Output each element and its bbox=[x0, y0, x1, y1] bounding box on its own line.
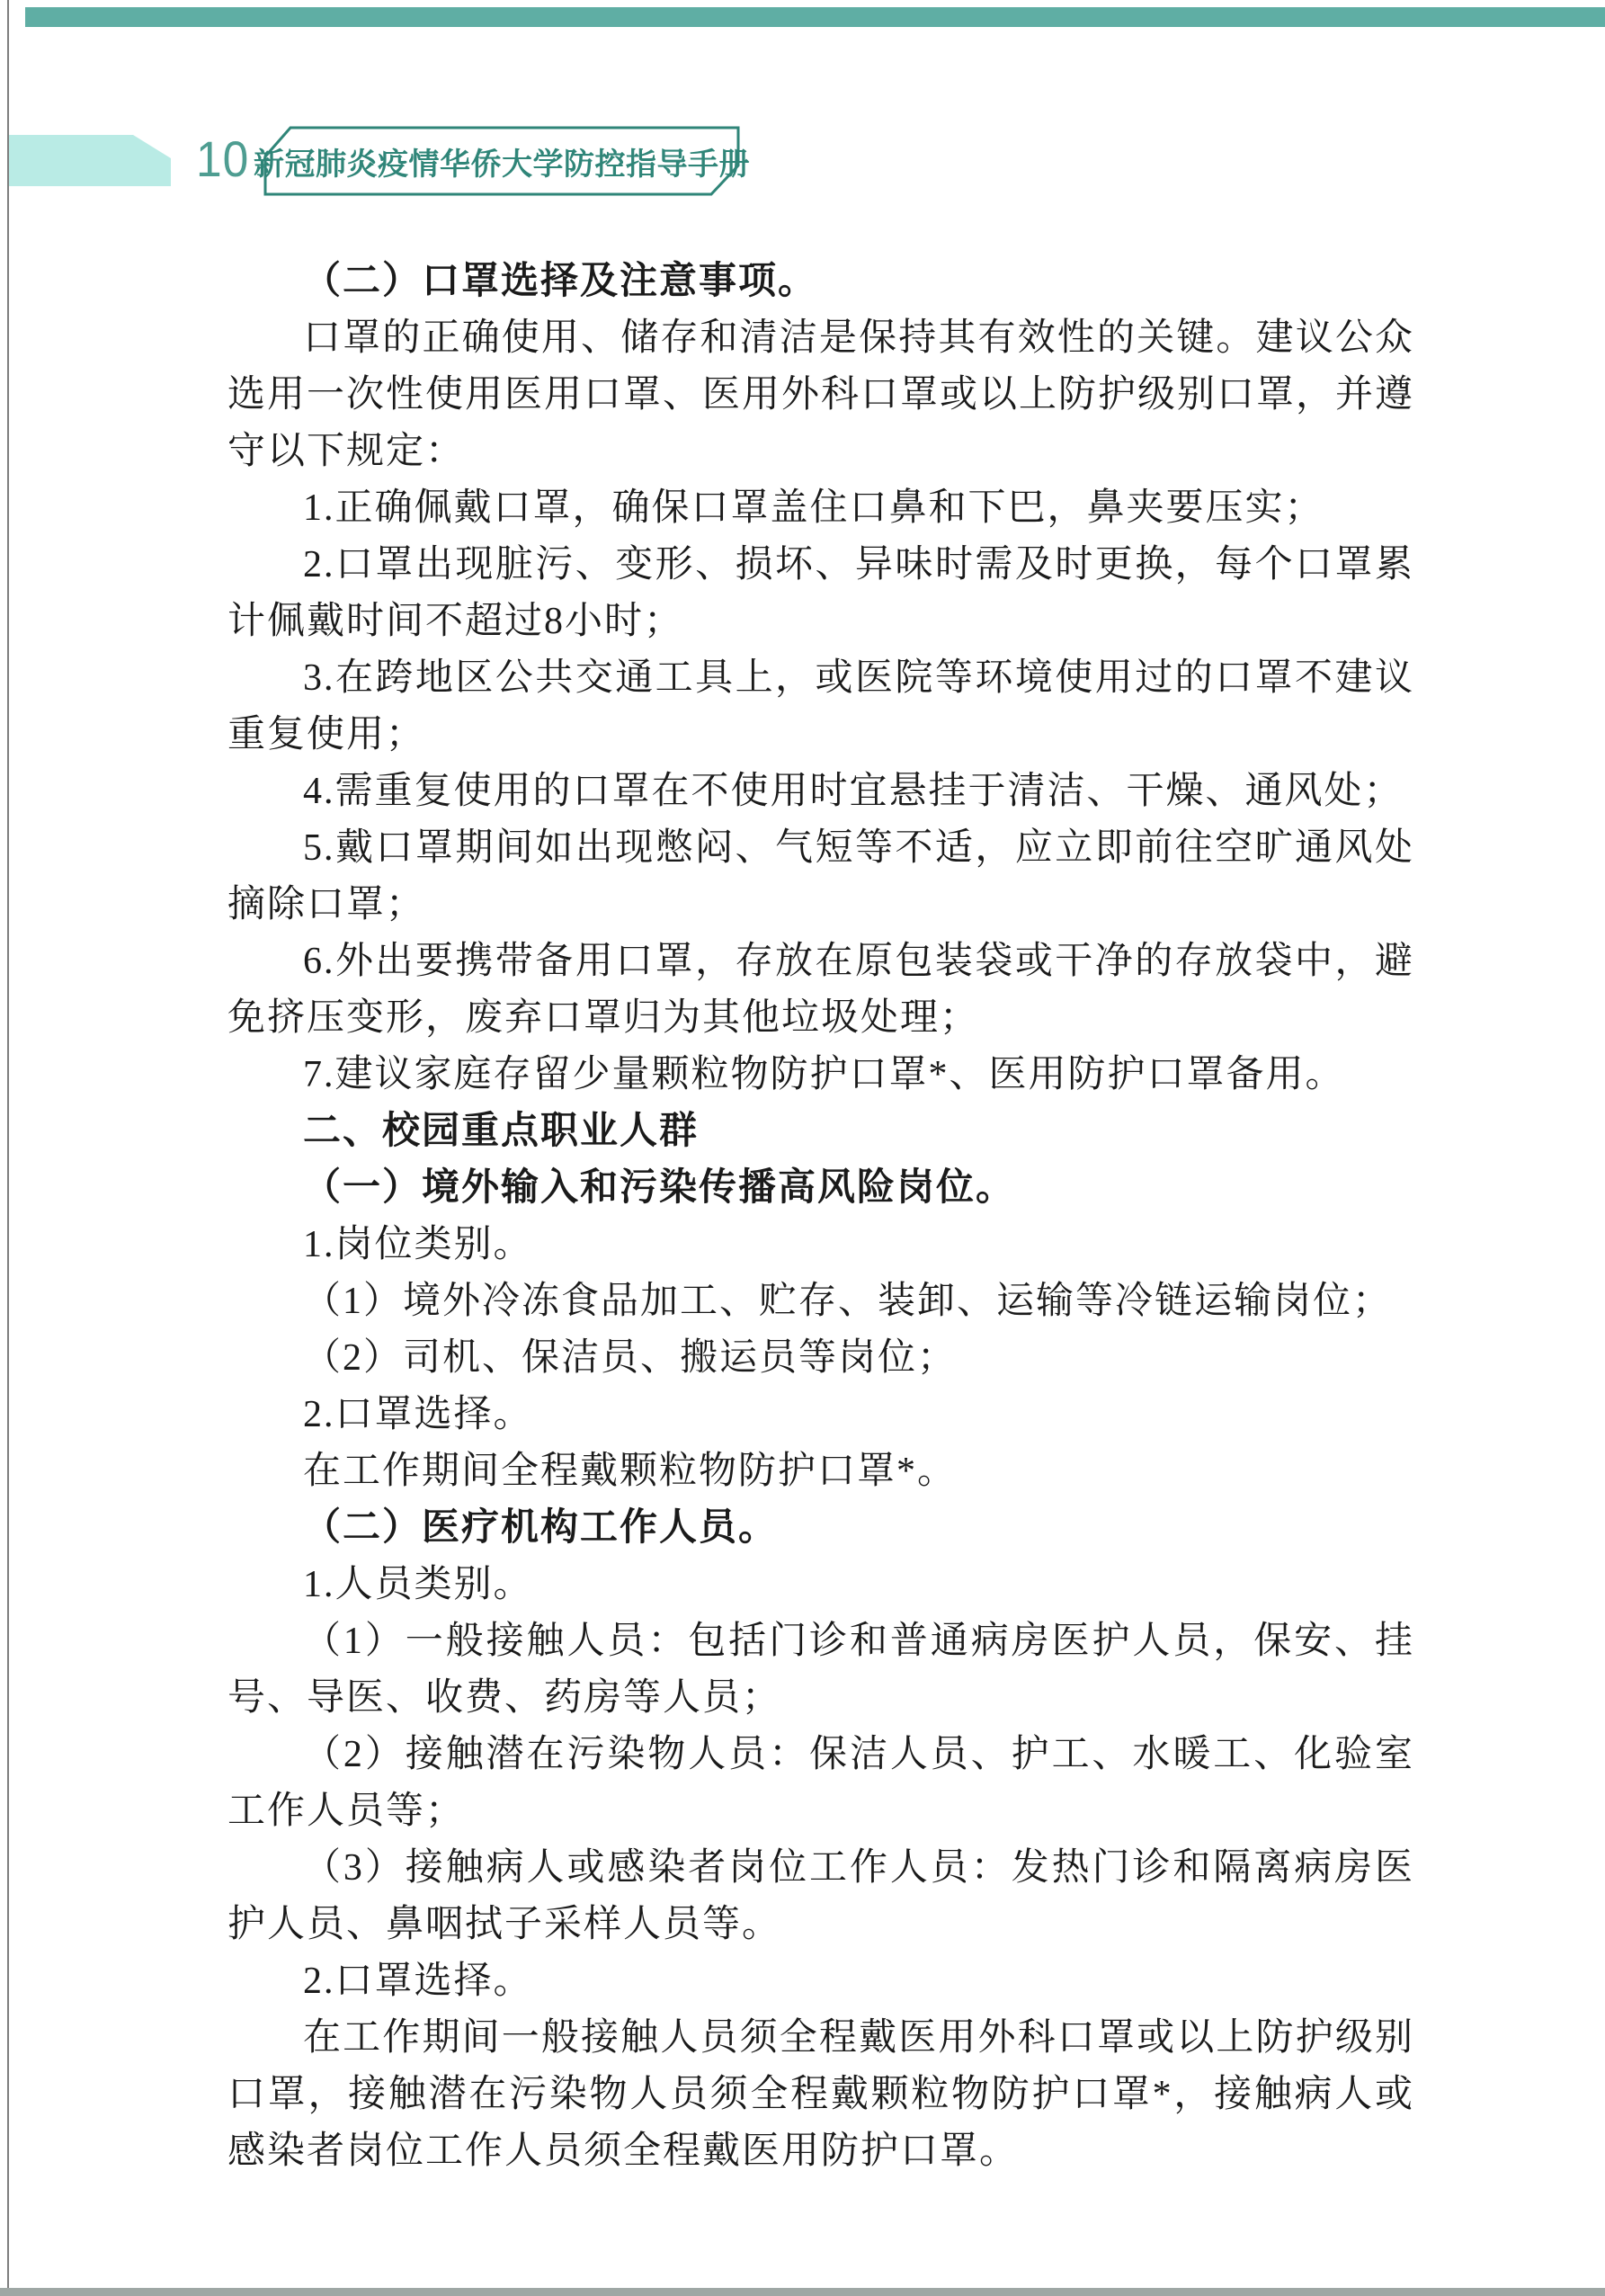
header-badge: 新冠肺炎疫情华侨大学防控指导手册 bbox=[263, 126, 740, 196]
header-badge-title: 新冠肺炎疫情华侨大学防控指导手册 bbox=[263, 126, 740, 196]
section-heading: （二）医疗机构工作人员。 bbox=[227, 1500, 1414, 1557]
bottom-accent-bar bbox=[0, 2288, 1605, 2296]
page-left-border bbox=[7, 0, 9, 2296]
page-number: 10 bbox=[196, 130, 245, 189]
paragraph: 2.口罩出现脏污、变形、损坏、异味时需及时更换，每个口罩累计佩戴时间不超过8小时… bbox=[227, 537, 1414, 650]
paragraph: 1.正确佩戴口罩，确保口罩盖住口鼻和下巴，鼻夹要压实； bbox=[227, 480, 1414, 537]
paragraph: （1）一般接触人员：包括门诊和普通病房医护人员，保安、挂号、导医、收费、药房等人… bbox=[227, 1613, 1414, 1727]
paragraph: 在工作期间一般接触人员须全程戴医用外科口罩或以上防护级别口罩，接触潜在污染物人员… bbox=[227, 2010, 1414, 2180]
paragraph: （1）境外冷冻食品加工、贮存、装卸、运输等冷链运输岗位； bbox=[227, 1273, 1414, 1330]
document-page: 10 新冠肺炎疫情华侨大学防控指导手册 （二）口罩选择及注意事项。口罩的正确使用… bbox=[0, 0, 1605, 2296]
paragraph: 在工作期间全程戴颗粒物防护口罩*。 bbox=[227, 1443, 1414, 1500]
header-highlight-block bbox=[9, 135, 171, 186]
document-body: （二）口罩选择及注意事项。口罩的正确使用、储存和清洁是保持其有效性的关键。建议公… bbox=[227, 254, 1414, 2180]
section-heading: 二、校园重点职业人群 bbox=[227, 1103, 1414, 1160]
paragraph: 1.人员类别。 bbox=[227, 1557, 1414, 1613]
paragraph: 2.口罩选择。 bbox=[227, 1387, 1414, 1443]
paragraph: 4.需重复使用的口罩在不使用时宜悬挂于清洁、干燥、通风处； bbox=[227, 764, 1414, 820]
paragraph: 口罩的正确使用、储存和清洁是保持其有效性的关键。建议公众选用一次性使用医用口罩、… bbox=[227, 310, 1414, 480]
section-heading: （一）境外输入和污染传播高风险岗位。 bbox=[227, 1160, 1414, 1217]
paragraph: 7.建议家庭存留少量颗粒物防护口罩*、医用防护口罩备用。 bbox=[227, 1047, 1414, 1103]
paragraph: （2）接触潜在污染物人员：保洁人员、护工、水暖工、化验室工作人员等； bbox=[227, 1727, 1414, 1840]
section-heading: （二）口罩选择及注意事项。 bbox=[227, 254, 1414, 310]
paragraph: （3）接触病人或感染者岗位工作人员：发热门诊和隔离病房医护人员、鼻咽拭子采样人员… bbox=[227, 1840, 1414, 1953]
paragraph: 5.戴口罩期间如出现憋闷、气短等不适，应立即前往空旷通风处摘除口罩； bbox=[227, 820, 1414, 934]
top-accent-bar bbox=[25, 7, 1605, 27]
paragraph: 3.在跨地区公共交通工具上，或医院等环境使用过的口罩不建议重复使用； bbox=[227, 650, 1414, 764]
paragraph: 6.外出要携带备用口罩，存放在原包装袋或干净的存放袋中，避免挤压变形，废弃口罩归… bbox=[227, 934, 1414, 1047]
paragraph: （2）司机、保洁员、搬运员等岗位； bbox=[227, 1330, 1414, 1387]
paragraph: 1.岗位类别。 bbox=[227, 1217, 1414, 1273]
paragraph: 2.口罩选择。 bbox=[227, 1953, 1414, 2010]
